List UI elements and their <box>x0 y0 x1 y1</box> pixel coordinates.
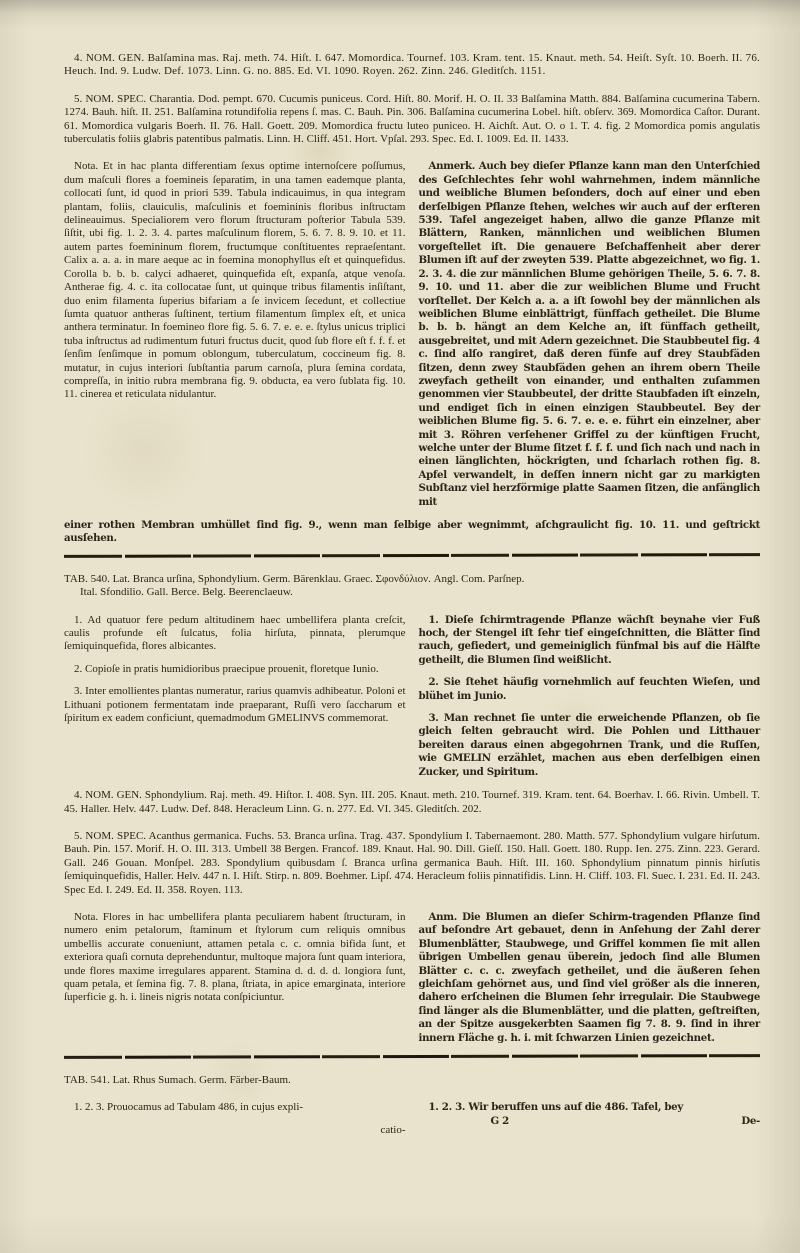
german-column: Anm. Die Blumen an dieſer Schirm-tragend… <box>419 911 761 1045</box>
nom-spec-entry-acanthus: 5. NOM. SPEC. Acanthus germanica. Fuchs.… <box>64 830 760 897</box>
tab-540-header-line2: Ital. Sfondilio. Gall. Berce. Belg. Beer… <box>64 586 760 599</box>
german-column: 1. 2. 3. Wir beruffen uns auf die 486. T… <box>419 1101 761 1137</box>
nom-spec-entry-charantia: 5. NOM. SPEC. Charantia. Dod. pempt. 670… <box>64 93 760 147</box>
german-catchword: De- <box>741 1115 760 1128</box>
german-column: Anmerk. Auch bey dieſer Pflanze kann man… <box>419 160 761 509</box>
paragraph-3-german: 3. Man rechnet ſie unter die erweichende… <box>419 712 761 779</box>
rhus-german-text: 1. 2. 3. Wir beruffen uns auf die 486. T… <box>419 1101 761 1114</box>
nom-gen-entry-balsamina: 4. NOM. GEN. Balſamina mas. Raj. meth. 7… <box>64 52 760 79</box>
latin-column: 1. Ad quatuor fere pedum altitudinem hae… <box>64 614 406 779</box>
anmerk-continuation-text: einer rothen Membran umhüllet ſind fig. … <box>64 519 760 546</box>
anm-german-text-2: Anm. Die Blumen an dieſer Schirm-tragend… <box>419 911 761 1045</box>
sphondylium-paragraph-columns: 1. Ad quatuor fere pedum altitudinem hae… <box>64 614 760 779</box>
tab-540-header: TAB. 540. Lat. Branca urſina, Sphondyliu… <box>64 573 760 600</box>
signature-mark: G 2 <box>491 1115 509 1128</box>
latin-column: Nota. Flores in hac umbellifera planta p… <box>64 911 406 1045</box>
paragraph-1-german: 1. Dieſe ſchirmtragende Pflanze wächſt b… <box>419 614 761 668</box>
rhus-columns: 1. 2. 3. Prouocamus ad Tabulam 486, in c… <box>64 1101 760 1137</box>
nom-gen-entry-sphondylium: 4. NOM. GEN. Sphondylium. Raj. meth. 49.… <box>64 789 760 816</box>
latin-catchword: catio- <box>64 1124 406 1137</box>
latin-column: 1. 2. 3. Prouocamus ad Tabulam 486, in c… <box>64 1101 406 1137</box>
nom-gen-balsamina-text: 4. NOM. GEN. Balſamina mas. Raj. meth. 7… <box>64 52 760 79</box>
paragraph-2-latin: 2. Copioſe in pratis humidioribus praeci… <box>64 663 406 676</box>
tab-540-header-line1: TAB. 540. Lat. Branca urſina, Sphondyliu… <box>64 573 760 586</box>
momordica-commentary-columns: Nota. Et in hac planta differentiam ſexu… <box>64 160 760 509</box>
section-divider-rule <box>64 1054 760 1059</box>
nota-latin-text-2: Nota. Flores in hac umbellifera planta p… <box>64 911 406 1005</box>
paragraph-1-latin: 1. Ad quatuor fere pedum altitudinem hae… <box>64 614 406 654</box>
anmerk-german-text: Anmerk. Auch bey dieſer Pflanze kann man… <box>419 160 761 509</box>
german-column: 1. Dieſe ſchirmtragende Pflanze wächſt b… <box>419 614 761 779</box>
tab-541-header: TAB. 541. Lat. Rhus Sumach. Germ. Färber… <box>64 1074 760 1087</box>
paragraph-2-german: 2. Sie ſtehet häufig vornehmlich auf feu… <box>419 676 761 703</box>
signature-line: G 2 De- <box>419 1115 761 1128</box>
nom-spec-acanthus-text: 5. NOM. SPEC. Acanthus germanica. Fuchs.… <box>64 830 760 897</box>
rhus-latin-text: 1. 2. 3. Prouocamus ad Tabulam 486, in c… <box>64 1101 406 1114</box>
nota-latin-text: Nota. Et in hac planta differentiam ſexu… <box>64 160 406 401</box>
tab-541-header-line: TAB. 541. Lat. Rhus Sumach. Germ. Färber… <box>64 1074 760 1087</box>
nom-spec-charantia-text: 5. NOM. SPEC. Charantia. Dod. pempt. 670… <box>64 93 760 147</box>
section-divider-rule <box>64 553 760 558</box>
nom-gen-sphondylium-text: 4. NOM. GEN. Sphondylium. Raj. meth. 49.… <box>64 789 760 816</box>
sphondylium-commentary-columns: Nota. Flores in hac umbellifera planta p… <box>64 911 760 1045</box>
paragraph-3-latin: 3. Inter emollientes plantas numeratur, … <box>64 685 406 725</box>
book-page-scan: 4. NOM. GEN. Balſamina mas. Raj. meth. 7… <box>0 0 800 1253</box>
latin-column: Nota. Et in hac planta differentiam ſexu… <box>64 160 406 509</box>
